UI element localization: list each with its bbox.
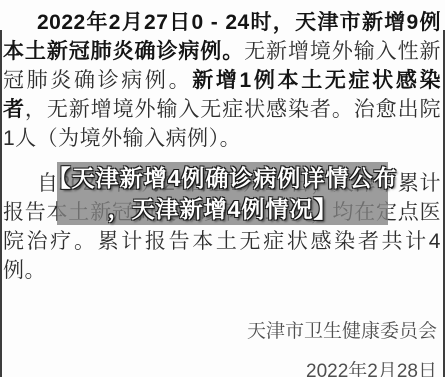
announcement-page: 2022年2月27日0 - 24时，天津市新增9例本土新冠肺炎确诊病例。无新增境…: [0, 0, 445, 377]
watermark-line1: 【天津新增4例确诊病例详情公布: [48, 163, 398, 194]
issue-date: 2022年2月28日: [3, 361, 441, 377]
report-segment: ，无新增境外输入无症状感染者。治愈出院1人（为境外输入病例）。: [3, 98, 441, 150]
watermark-overlay: 【天津新增4例确诊病例详情公布 ，天津新增4例情况】: [57, 162, 388, 225]
daily-report-paragraph: 2022年2月27日0 - 24时，天津市新增9例本土新冠肺炎确诊病例。无新增境…: [3, 8, 441, 153]
watermark-line2: ，天津新增4例情况】: [108, 194, 338, 225]
issuer-name: 天津市卫生健康委员会: [3, 321, 441, 343]
left-border: [0, 30, 2, 377]
